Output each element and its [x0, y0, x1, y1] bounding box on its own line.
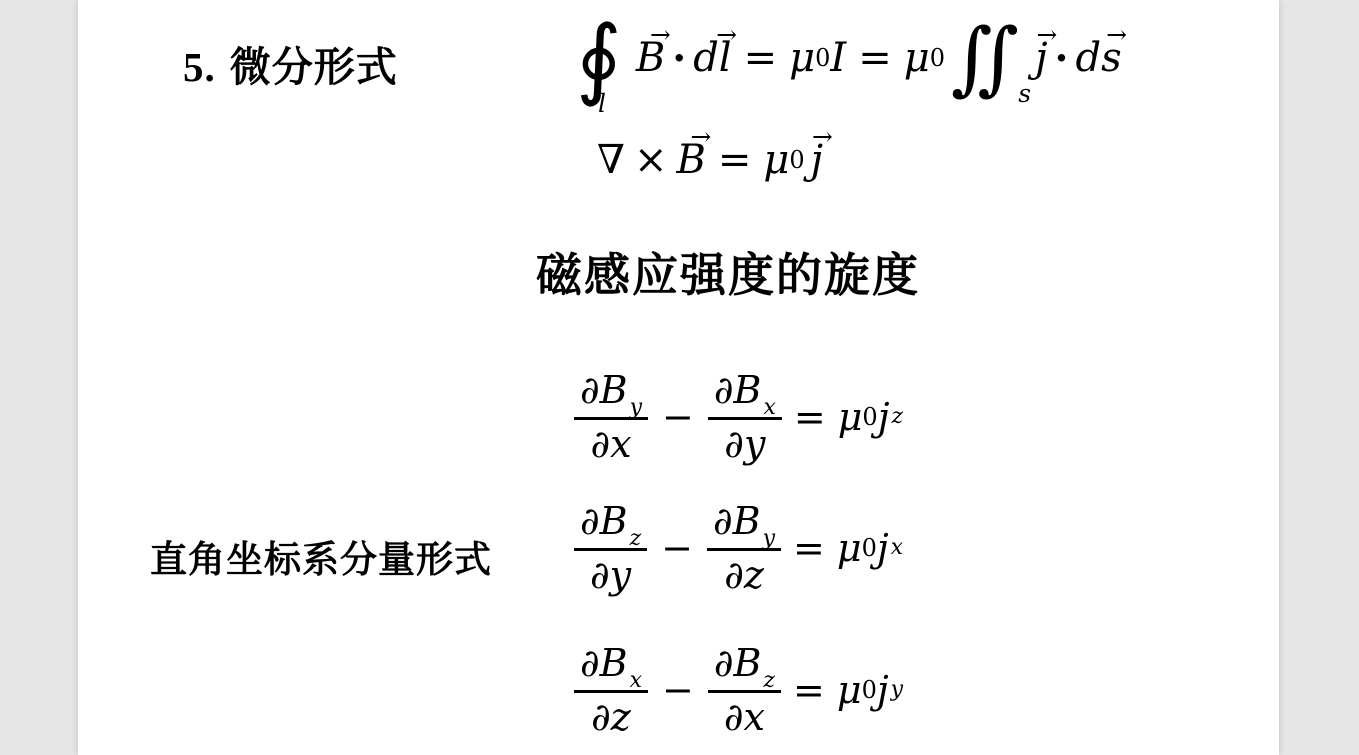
nabla-symbol: ∇ [597, 137, 625, 183]
mu-symbol: μ [837, 526, 862, 570]
vector-arrow-icon: → [812, 122, 832, 151]
mu-symbol: μ [763, 137, 789, 183]
vector-B: B → [676, 137, 705, 183]
vector-arrow-icon: → [691, 122, 711, 151]
minus-sign: − [662, 395, 694, 439]
fraction: ∂Bz ∂x [708, 642, 781, 738]
vector-j: j → [811, 137, 823, 183]
vector-dl: dl → [693, 35, 731, 81]
vector-ds: ds → [1075, 35, 1121, 81]
viewer-canvas: 5.微分形式 ∮ l B → · dl → = μ0I = μ0 ∬ s [0, 0, 1359, 755]
current-density-j: j [877, 526, 889, 570]
equals-sign: = [858, 35, 892, 81]
vector-arrow-icon: → [650, 20, 670, 49]
equals-sign: = [794, 395, 826, 439]
fraction: ∂Bz ∂y [574, 500, 647, 596]
surface-integral: ∬ s [951, 20, 1019, 96]
oint-symbol: ∮ [576, 16, 622, 100]
iint-subscript: s [1018, 81, 1031, 106]
equals-sign: = [793, 668, 825, 712]
vector-arrow-icon: → [1036, 20, 1056, 49]
cross-product: × [634, 137, 668, 183]
equation-ampere-integral: ∮ l B → · dl → = μ0I = μ0 ∬ s j → [576, 4, 1122, 112]
equation-component-z: ∂By ∂x − ∂Bx ∂y = μ0jz [574, 369, 903, 465]
equation-curl: ∇ × B → = μ0 j → [597, 125, 823, 195]
minus-sign: − [661, 526, 693, 570]
current-I: I [830, 35, 846, 81]
mu-symbol: μ [837, 668, 862, 712]
vector-B: B → [636, 35, 665, 81]
slide-page: 5.微分形式 ∮ l B → · dl → = μ0I = μ0 ∬ s [78, 0, 1279, 755]
dot-product: · [672, 35, 686, 82]
dot-product: · [1055, 35, 1069, 82]
equals-sign: = [744, 35, 778, 81]
mu-symbol: μ [789, 35, 815, 81]
fraction: ∂Bx ∂y [708, 369, 782, 465]
mu-symbol: μ [838, 395, 863, 439]
viewer-gutter-left [0, 0, 78, 755]
curl-heading: 磁感应强度的旋度 [536, 239, 920, 305]
fraction: ∂By ∂z [707, 500, 781, 596]
oint-subscript: l [598, 91, 606, 116]
current-density-j: j [877, 668, 889, 712]
equation-component-x: ∂Bz ∂y − ∂By ∂z = μ0jx [574, 500, 903, 596]
section-number: 5. [183, 44, 216, 90]
vector-arrow-icon: → [716, 20, 736, 49]
viewer-gutter-right [1279, 0, 1359, 755]
cartesian-form-label: 直角坐标系分量形式 [150, 529, 492, 583]
equals-sign: = [793, 526, 825, 570]
fraction: ∂Bx ∂z [574, 642, 648, 738]
iint-symbol: ∬ [951, 20, 1019, 96]
mu-symbol: μ [904, 35, 930, 81]
equals-sign: = [718, 137, 752, 183]
contour-integral: ∮ l [576, 16, 622, 100]
current-density-j: j [878, 395, 890, 439]
vector-arrow-icon: → [1106, 20, 1126, 49]
section-title-text: 微分形式 [230, 44, 398, 90]
section-title: 5.微分形式 [183, 34, 398, 93]
equation-component-y: ∂Bx ∂z − ∂Bz ∂x = μ0jy [574, 642, 903, 738]
vector-j: j → [1035, 35, 1047, 81]
minus-sign: − [662, 668, 694, 712]
fraction: ∂By ∂x [574, 369, 648, 465]
